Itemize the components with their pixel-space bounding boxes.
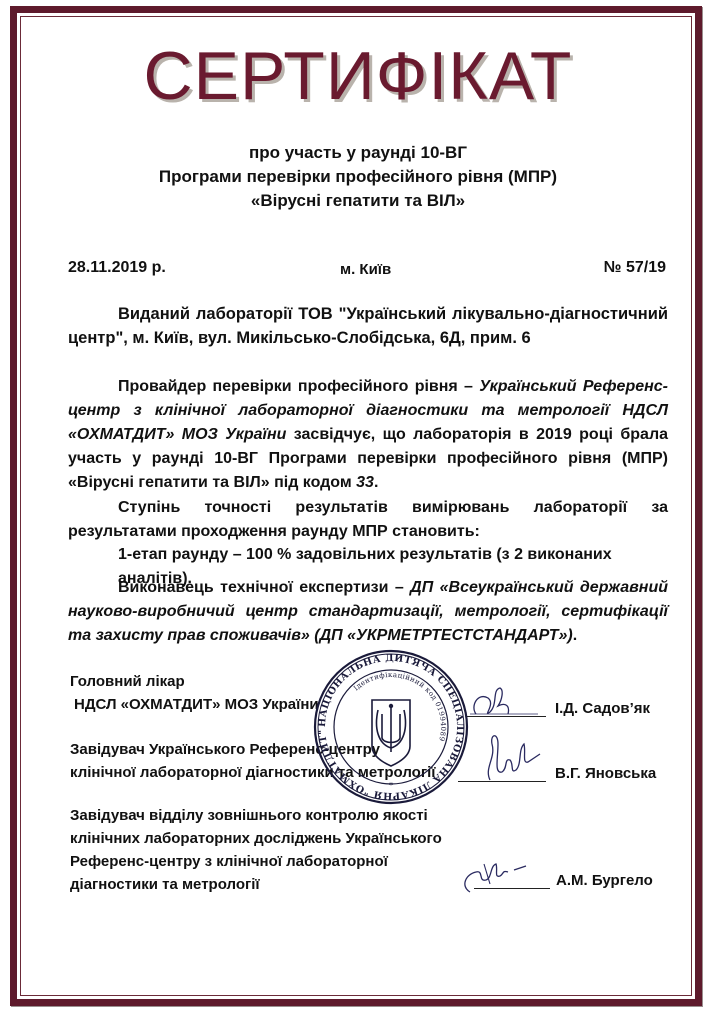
- signatory-3-title-line-3: Референс-центру з клінічної лабораторної: [70, 850, 442, 873]
- expert-paragraph: Виконавець технічної експертизи – ДП «Вс…: [68, 576, 668, 648]
- official-stamp: НАЦІОНАЛЬНА ДИТЯЧА СПЕЦІАЛІЗОВАНА ЛІКАРН…: [312, 648, 470, 806]
- certificate-number: № 57/19: [604, 259, 666, 277]
- issued-to-paragraph: Виданий лабораторії ТОВ "Український лік…: [68, 302, 668, 350]
- provider-end: .: [374, 474, 378, 491]
- provider-paragraph: Провайдер перевірки професійного рівня –…: [68, 375, 668, 495]
- signatory-3-title-line-4: діагностики та метрології: [70, 873, 442, 896]
- handwritten-signature-3-icon: [456, 856, 546, 896]
- signatory-1-name: І.Д. Садов’як: [555, 700, 650, 717]
- certificate-page: СЕРТИФІКАТ про участь у раунді 10-ВГ Про…: [0, 0, 716, 1024]
- signatory-1-title: Головний лікар НДСЛ «ОХМАТДИТ» МОЗ Украї…: [70, 670, 319, 716]
- signatory-3-title-line-2: клінічних лабораторних досліджень Україн…: [70, 827, 442, 850]
- svg-text:*: *: [389, 781, 393, 790]
- signatory-3-name: А.М. Бургело: [556, 872, 653, 889]
- accuracy-paragraph: Ступінь точності результатів вимірювань …: [68, 496, 668, 544]
- trident-icon: [372, 700, 410, 766]
- provider-lead: Провайдер перевірки професійного рівня –: [118, 378, 479, 395]
- expert-lead: Виконавець технічної експертизи –: [118, 579, 410, 596]
- meta-row: 28.11.2019 р. м. Київ № 57/19: [68, 259, 666, 283]
- issue-date: 28.11.2019 р.: [68, 259, 166, 277]
- accuracy-text: Ступінь точності результатів вимірювань …: [68, 499, 668, 540]
- signatory-3-title: Завідувач відділу зовнішнього контролю я…: [70, 804, 442, 896]
- signatory-1-title-line-1: Головний лікар: [70, 670, 319, 693]
- certificate-subtitle: про участь у раунді 10-ВГ Програми перев…: [0, 141, 716, 213]
- expert-end: .: [573, 627, 577, 644]
- participant-code: 33: [356, 474, 374, 491]
- subtitle-line-3: «Вірусні гепатити та ВІЛ»: [0, 189, 716, 213]
- subtitle-line-2: Програми перевірки професійного рівня (М…: [0, 165, 716, 189]
- handwritten-signature-1-icon: [468, 684, 548, 724]
- signatory-1-title-line-2: НДСЛ «ОХМАТДИТ» МОЗ України: [70, 693, 319, 716]
- issued-to-text: Виданий лабораторії ТОВ "Український лік…: [68, 305, 668, 347]
- signatory-2-name: В.Г. Яновська: [555, 765, 656, 782]
- signatory-3-title-line-1: Завідувач відділу зовнішнього контролю я…: [70, 804, 442, 827]
- handwritten-signature-2-icon: [478, 728, 558, 786]
- subtitle-line-1: про участь у раунді 10-ВГ: [0, 141, 716, 165]
- issue-city: м. Київ: [340, 261, 391, 278]
- certificate-title: СЕРТИФІКАТ: [0, 36, 716, 116]
